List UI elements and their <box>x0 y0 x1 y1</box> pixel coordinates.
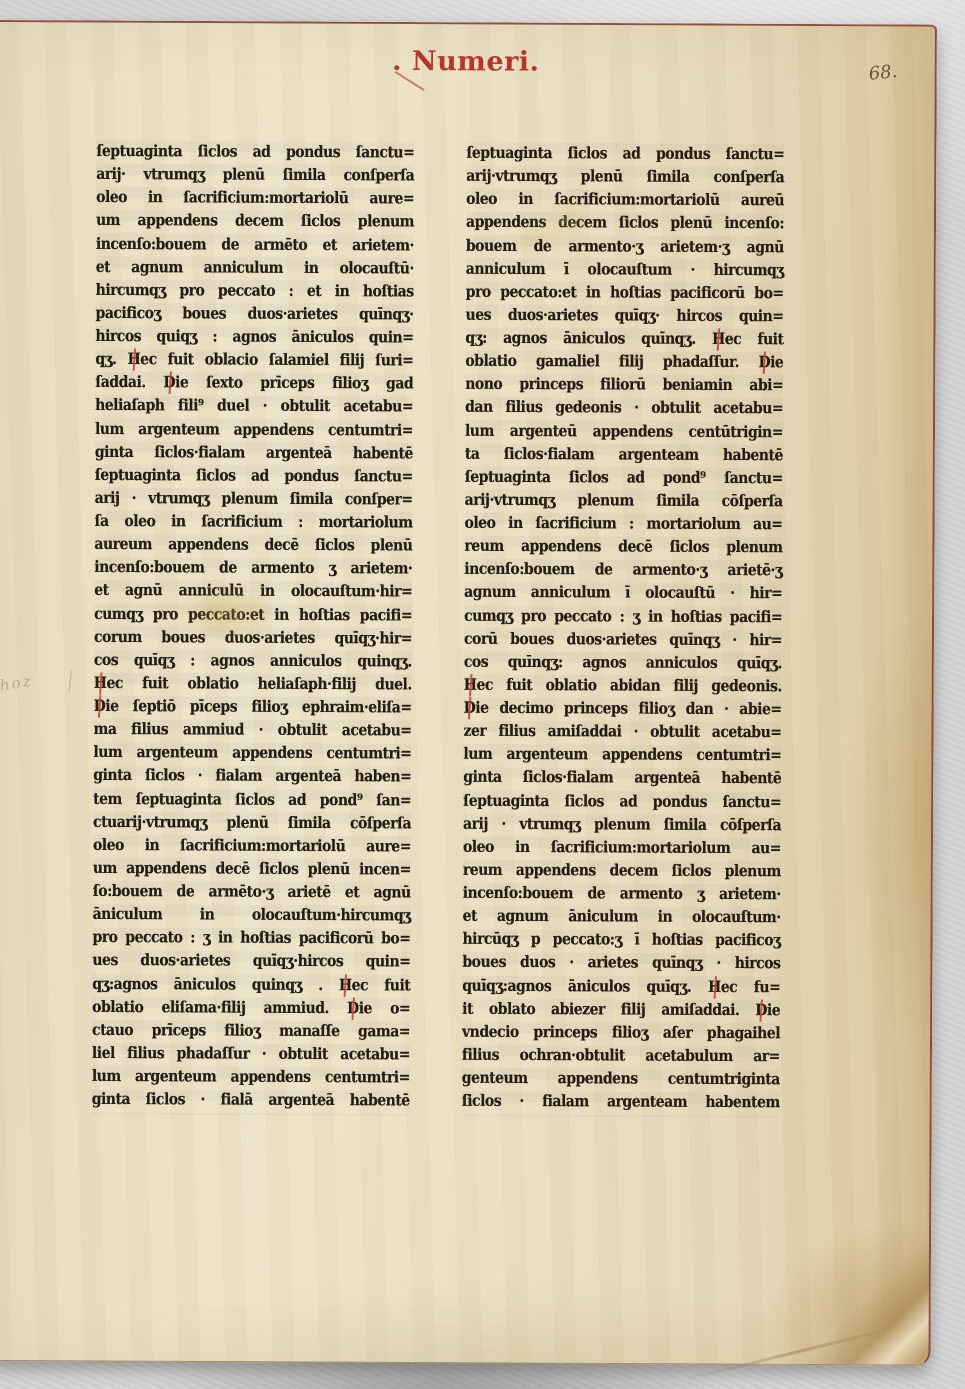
folio-number: 68. <box>868 61 899 85</box>
parchment-page: . Numeri. 68. hoz ſeptuaginta ſiclos ad … <box>0 20 937 1366</box>
page-corner-curl <box>798 1214 929 1365</box>
photograph-backdrop: { "page": { "running_title": ". Numeri."… <box>0 0 965 1389</box>
running-title: . Numeri. <box>0 44 935 80</box>
margin-pencil-note: hoz <box>0 671 34 694</box>
parchment-stain <box>184 583 274 643</box>
text-column-right: ſeptuaginta ſiclos ad pondus ſanctu=arij… <box>462 142 785 1118</box>
text-line: ſiclos · fialam argenteam habentem <box>462 1089 780 1116</box>
text-line: ginta ſiclos · fialā argenteā habentē <box>92 1087 410 1114</box>
margin-pencil-stroke <box>69 670 72 692</box>
parchment-crease <box>683 1324 907 1381</box>
parchment-stain <box>532 195 592 241</box>
